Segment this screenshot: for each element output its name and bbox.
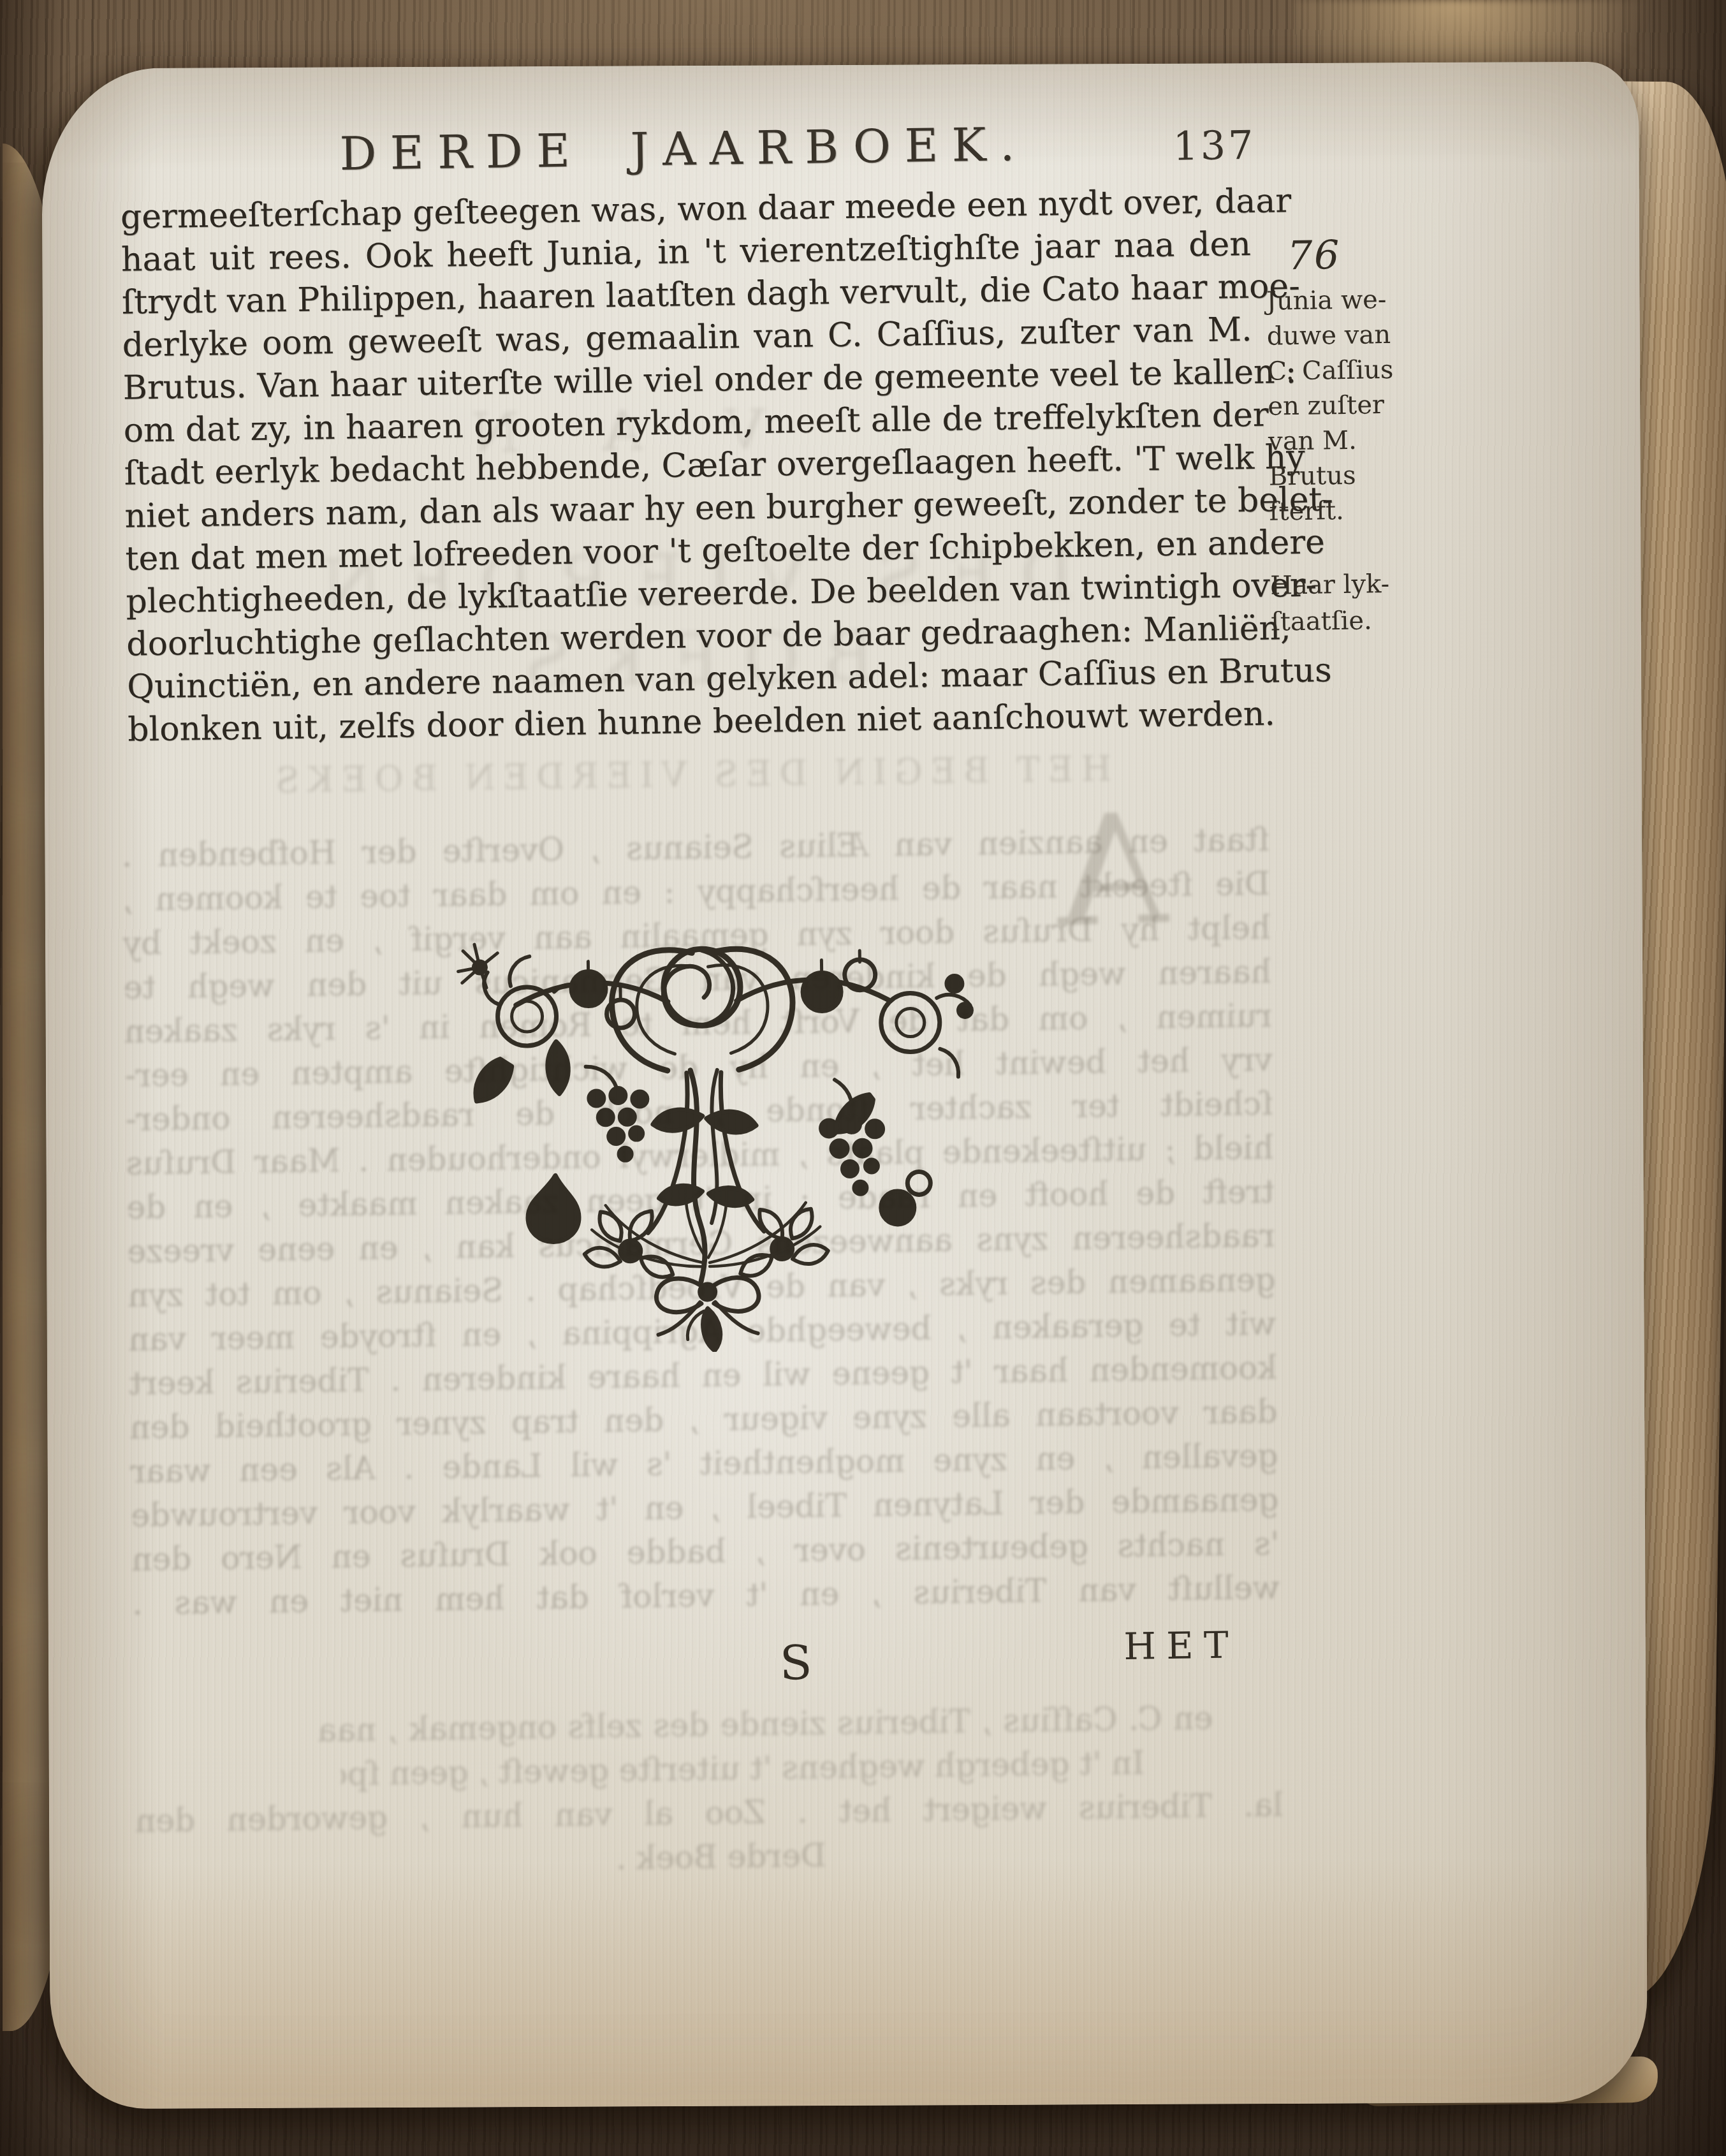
- show-through-line: Derde Boek .: [572, 1833, 871, 1882]
- margin-note-line: Haar lyk-: [1270, 566, 1421, 604]
- margin-note-line: en zuſter: [1268, 387, 1418, 424]
- show-through-headings: V A N DES VIERDEN BOEKS HET BEGIN DES VI…: [41, 62, 1633, 77]
- margin-note-line: Junia we-: [1266, 282, 1417, 319]
- running-head-title: DERDE JAARBOEK.: [119, 114, 1248, 184]
- show-through-line: la. Tiberius weigert het . Zoo al van hu…: [135, 1784, 1284, 1844]
- photo-of-open-book: V A N DES VIERDEN BOEKS HET BEGIN DES VI…: [0, 0, 1726, 2156]
- floral-tailpiece-woodcut: [420, 902, 988, 1356]
- margin-year-number: 76: [1287, 230, 1416, 279]
- margin-note-lykstaatsie: Haar lyk-ſtaatſie.: [1270, 566, 1421, 640]
- margin-note-line: duwe van: [1266, 317, 1417, 354]
- signature-mark: S: [779, 1636, 812, 1691]
- margin-notes-column: 76 Junia we-duwe vanC. Caſſiusen zuſterv…: [1266, 230, 1419, 529]
- margin-note-line: C. Caſſius: [1267, 352, 1417, 389]
- margin-note-line: van M.: [1268, 422, 1419, 459]
- book-page: V A N DES VIERDEN BOEKS HET BEGIN DES VI…: [41, 62, 1648, 2109]
- catchword: HET: [1123, 1623, 1239, 1668]
- margin-note-line: Brutus: [1269, 457, 1419, 494]
- margin-note-line: ſterft.: [1269, 492, 1419, 529]
- margin-note-junia: Junia we-duwe vanC. Caſſiusen zuſtervan …: [1266, 282, 1419, 529]
- margin-note-line: ſtaatſie.: [1271, 602, 1421, 640]
- page-number: 137: [1173, 122, 1256, 170]
- printed-page-content: V A N DES VIERDEN BOEKS HET BEGIN DES VI…: [41, 62, 1648, 2109]
- body-text-block: germeeſterſchap geſteegen was, won daar …: [121, 180, 1258, 752]
- show-through-caps-line: HET BEGIN DES VIERDEN BOEKS: [237, 748, 1143, 801]
- show-through-text-block-lower: en C. Caſſius , Tiberius ziende des zelf…: [134, 1696, 1284, 1888]
